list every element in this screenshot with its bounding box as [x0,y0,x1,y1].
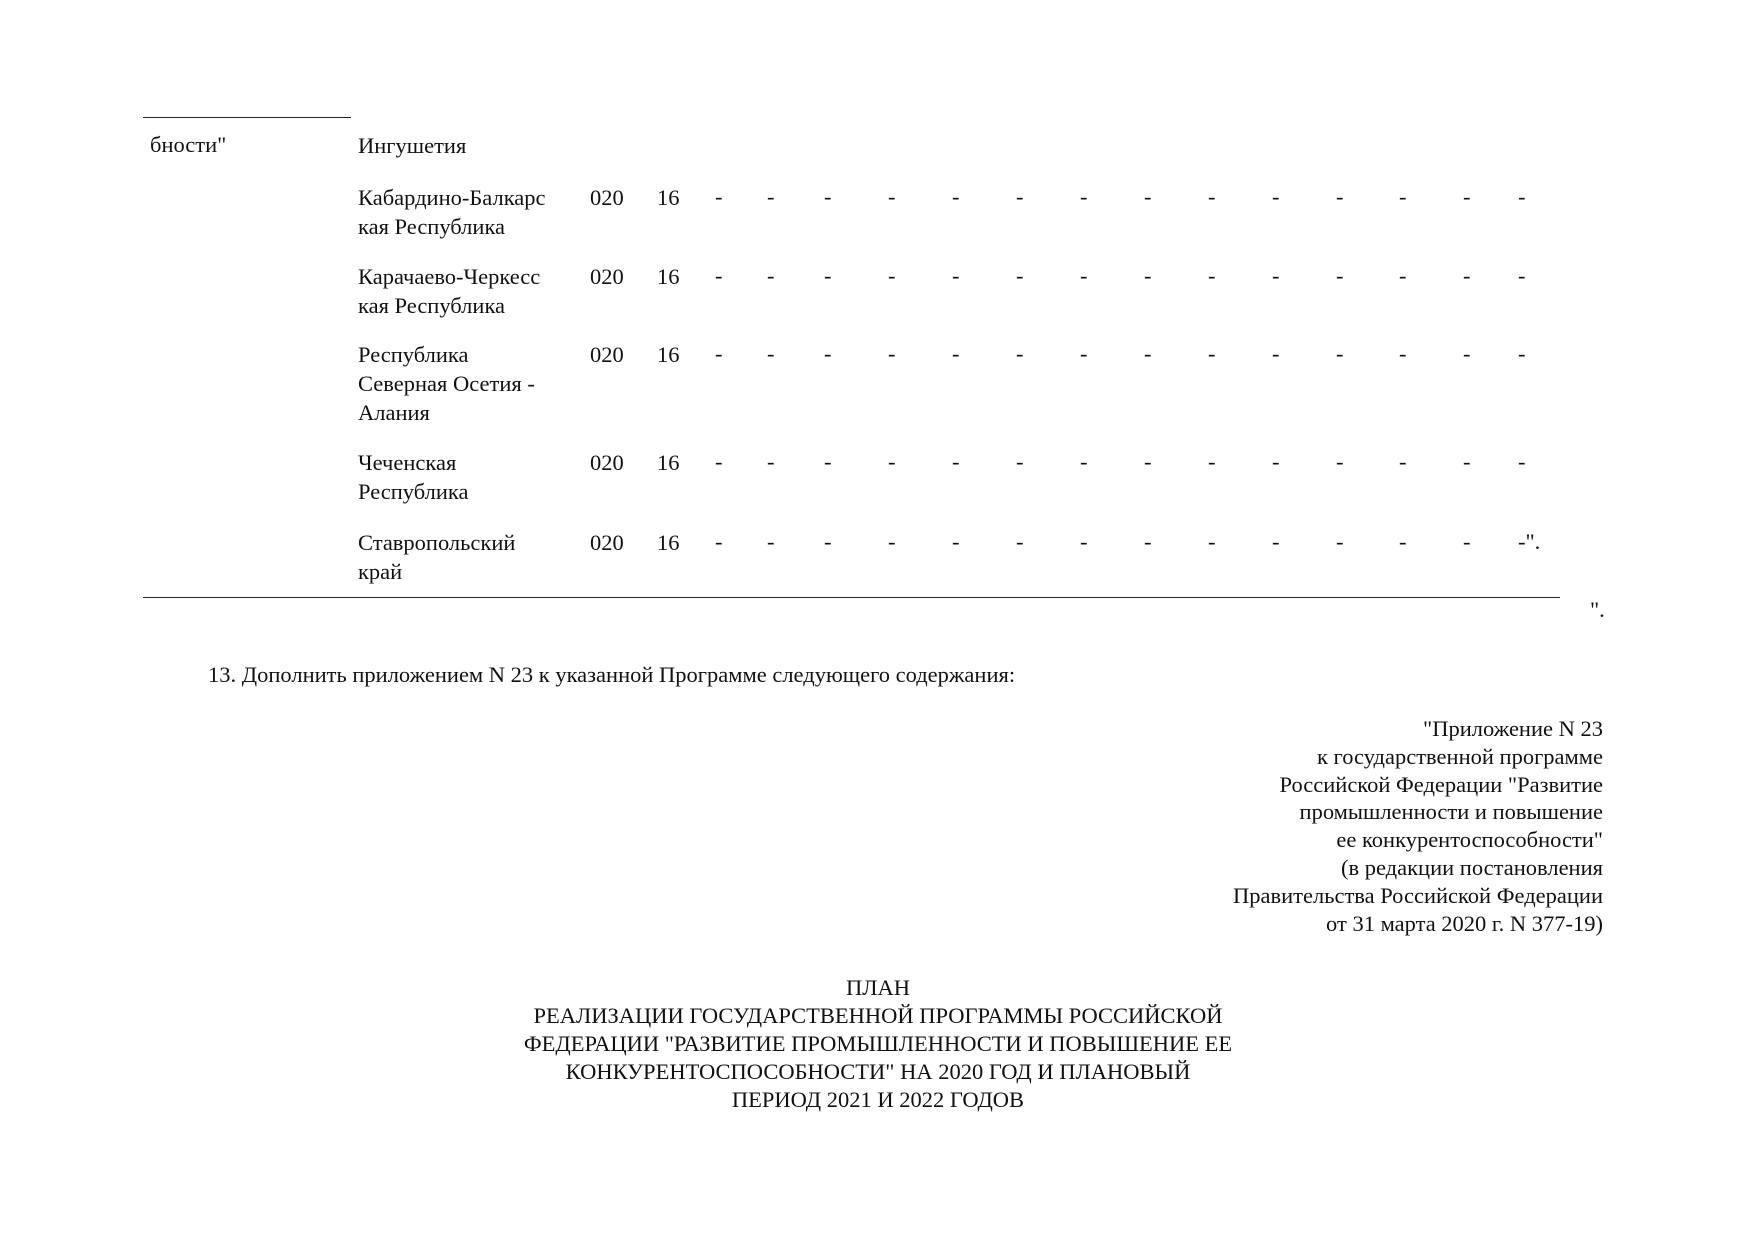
table-row-region-line: кая Республика [358,212,505,241]
table-row-region-line: Алания [358,398,430,427]
table-row-value: - [1399,340,1407,368]
plan-title-heading: ПЛАН [478,974,1278,1002]
table-row-value: - [952,528,960,556]
table-row-value: - [888,448,896,476]
table-row-value: - [824,528,832,556]
table-row-value: - [1016,528,1024,556]
table-row-code: 020 [590,262,624,291]
appendix-header-line: (в редакции постановления [1233,854,1603,882]
appendix-header-line: промышленности и повышение [1233,798,1603,826]
table-row-value: - [767,448,775,476]
table-row-value: - [1272,262,1280,290]
table-row-value: - [1399,448,1407,476]
table-row-value: - [1272,448,1280,476]
table-row-value: - [767,183,775,211]
appendix-header-line: Правительства Российской Федерации [1233,882,1603,910]
table-row-code2: 16 [657,448,680,477]
table-row-value: - [1144,448,1152,476]
table-row-value: - [1080,340,1088,368]
table-row-value: - [1208,262,1216,290]
table-row-value: - [952,183,960,211]
table-row-value: - [1080,183,1088,211]
table-row-value: - [1208,183,1216,211]
table-row-value: - [1272,340,1280,368]
plan-title-line: КОНКУРЕНТОСПОСОБНОСТИ" НА 2020 ГОД И ПЛА… [478,1058,1278,1086]
table-row-value: - [824,340,832,368]
table-row-value: - [1399,183,1407,211]
table-row-value: - [1016,262,1024,290]
appendix-header-line: от 31 марта 2020 г. N 377-19) [1233,910,1603,938]
table-row-code: 020 [590,183,624,212]
left-column-tail-text: бности" [150,131,226,159]
table-row-value: - [824,448,832,476]
table-row-value: - [1336,528,1344,556]
table-row-value: - [952,448,960,476]
table-row-code: 020 [590,340,624,369]
appendix-header-line: к государственной программе [1233,743,1603,771]
appendix-header: "Приложение N 23к государственной програ… [1233,715,1603,937]
table-row-value: - [1016,183,1024,211]
table-row-value: - [1016,340,1024,368]
table-row-value: - [952,340,960,368]
table-row-value: - [1463,448,1471,476]
table-row-value: - [715,448,723,476]
table-row-value: - [715,262,723,290]
table-row-value: - [888,340,896,368]
appendix-header-line: Российской Федерации "Развитие [1233,771,1603,799]
table-row-value: - [1272,183,1280,211]
table-row-region-line: Ингушетия [358,131,466,160]
table-row-value: - [1272,528,1280,556]
table-row-value: - [715,183,723,211]
table-row-code: 020 [590,528,624,557]
plan-title-line: ФЕДЕРАЦИИ "РАЗВИТИЕ ПРОМЫШЛЕННОСТИ И ПОВ… [478,1030,1278,1058]
table-row-value: - [1144,183,1152,211]
table-row-region-line: кая Республика [358,291,505,320]
table-row-value: - [1208,528,1216,556]
table-row-value: - [1518,183,1526,211]
table-row-value: - [1208,340,1216,368]
table-row-value: - [1208,448,1216,476]
table-row-value: - [1518,340,1526,368]
paragraph-13: 13. Дополнить приложением N 23 к указанн… [208,661,1015,689]
table-row-code2: 16 [657,262,680,291]
table-row-value: - [824,262,832,290]
closing-quote: ". [1590,596,1605,624]
table-row-value: - [1518,262,1526,290]
table-row-region-line: край [358,557,402,586]
table-row-region-line: Республика [358,477,468,506]
table-row-value: - [1016,448,1024,476]
table-row-value: - [1463,340,1471,368]
table-row-value: - [1399,528,1407,556]
table-row-region-line: Кабардино-Балкарс [358,183,546,212]
table-row-value: - [1399,262,1407,290]
table-row-region-line: Республика [358,340,468,369]
table-row-value: - [1144,262,1152,290]
table-row-value: - [1518,448,1526,476]
table-row-value: - [888,183,896,211]
table-row-value: - [1336,262,1344,290]
table-row-value: - [715,340,723,368]
table-row-region-line: Северная Осетия - [358,369,535,398]
table-row-value: - [1080,262,1088,290]
table-row-region-line: Карачаево-Черкесс [358,262,540,291]
plan-title-line: ПЕРИОД 2021 И 2022 ГОДОВ [478,1086,1278,1114]
appendix-header-line: ее конкурентоспособности" [1233,826,1603,854]
table-row-region-line: Ставропольский [358,528,515,557]
plan-title-line: РЕАЛИЗАЦИИ ГОСУДАРСТВЕННОЙ ПРОГРАММЫ РОС… [478,1002,1278,1030]
table-row-value: - [1144,340,1152,368]
plan-title: ПЛАНРЕАЛИЗАЦИИ ГОСУДАРСТВЕННОЙ ПРОГРАММЫ… [0,974,1754,1114]
table-row-value: - [767,262,775,290]
table-row-value: - [1080,528,1088,556]
table-row-region-line: Чеченская [358,448,456,477]
table-row-code: 020 [590,448,624,477]
table-row-value: - [1336,183,1344,211]
table-row-value: - [888,528,896,556]
table-row-value: - [715,528,723,556]
table-row-value: - [888,262,896,290]
table-row-value: - [1144,528,1152,556]
table-row-value: - [1463,183,1471,211]
table-top-rule-left [143,117,351,118]
table-row-value: - [952,262,960,290]
table-row-value: - [1080,448,1088,476]
table-row-value: - [824,183,832,211]
table-bottom-rule [143,597,1560,598]
table-row-code2: 16 [657,183,680,212]
table-row-code2: 16 [657,528,680,557]
table-row-value: - [1463,528,1471,556]
table-row-value: -". [1518,528,1540,556]
table-row-value: - [1463,262,1471,290]
table-row-value: - [1336,340,1344,368]
table-row-value: - [767,528,775,556]
table-row-value: - [767,340,775,368]
table-row-code2: 16 [657,340,680,369]
table-row-value: - [1336,448,1344,476]
appendix-header-line: "Приложение N 23 [1233,715,1603,743]
